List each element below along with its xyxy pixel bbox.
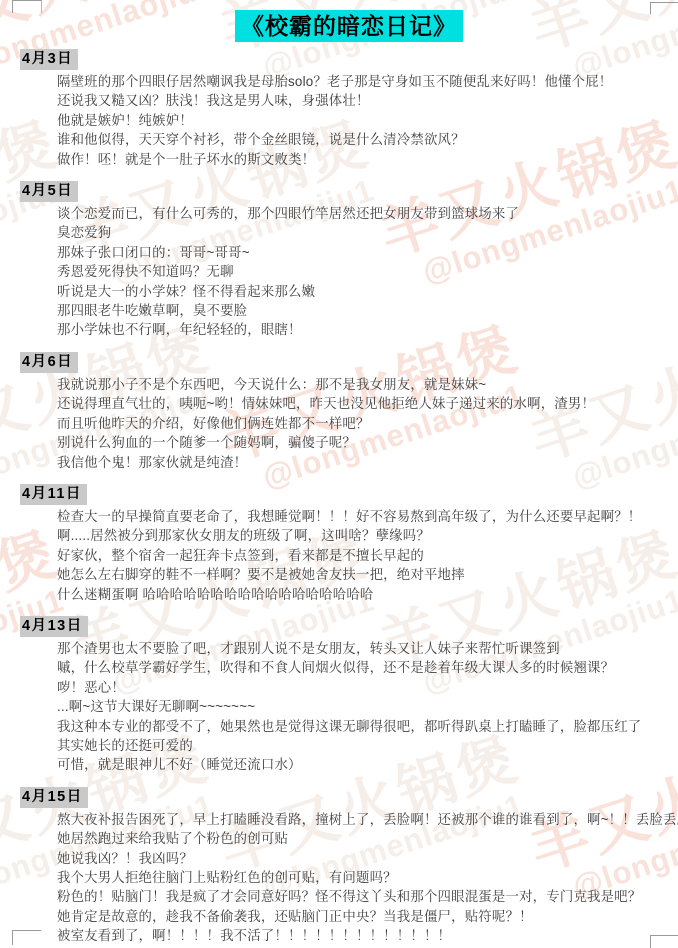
diary-line: 谈个恋爱而已，有什么可秀的，那个四眼竹竿居然还把女朋友带到篮球场来了 [20, 204, 678, 223]
entry-date: 4月5日 [20, 181, 78, 202]
crop-mark-top-left [12, 0, 42, 13]
diary-line: 她居然跑过来给我贴了个粉色的创可贴 [20, 829, 678, 848]
diary-line: 我个大男人拒绝往脑门上贴粉红色的创可贴，有问题吗？ [20, 868, 678, 887]
diary-line: 好家伙，整个宿舍一起狂奔卡点签到，看来都是不擅长早起的 [20, 546, 678, 565]
diary-entry: 4月15日熬大夜补报告困死了，早上打瞌睡没看路，撞树上了，丢脸啊！还被那个谁的谁… [20, 787, 678, 946]
diary-page: 羊又火锅煲@longmenlaojiu1羊又火锅煲@longmenlaojiu1… [0, 0, 678, 948]
diary-line: 还说我又糙又凶？肤浅！我这是男人味，身强体壮！ [20, 91, 678, 110]
diary-line: 我这种本专业的都受不了，她果然也是觉得这课无聊得很吧，都听得趴桌上打瞌睡了，脸都… [20, 717, 678, 736]
diary-line: 其实她长的还挺可爱的 [20, 736, 678, 755]
crop-mark-bottom-right [650, 935, 678, 948]
diary-line: 被室友看到了，啊！！！！我不活了！！！！！！！！！！！！！ [20, 926, 678, 945]
diary-entry: 4月5日谈个恋爱而已，有什么可秀的，那个四眼竹竿居然还把女朋友带到篮球场来了臭恋… [20, 181, 678, 340]
page-title: 《校霸的暗恋日记》 [235, 10, 463, 42]
diary-line: 粉色的！贴脑门！我是疯了才会同意好吗？怪不得这丫头和那个四眼混蛋是一对，专门克我… [20, 887, 678, 906]
entry-date: 4月15日 [20, 787, 88, 808]
diary-entry: 4月6日我就说那小子不是个东西吧，今天说什么：那不是我女朋友，就是妹妹~还说得理… [20, 352, 678, 472]
diary-line: 还说得理直气壮的，咦呃~哟！情妹妹吧，昨天也没见他拒绝人妹子递过来的水啊，渣男！ [20, 394, 678, 413]
diary-line: 隔壁班的那个四眼仔居然嘲讽我是母胎solo？老子那是守身如玉不随便乱来好吗！他懂… [20, 72, 678, 91]
diary-line: 他就是嫉妒！纯嫉妒！ [20, 111, 678, 130]
diary-line: 臭恋爱狗 [20, 223, 678, 242]
diary-line: 她怎么左右脚穿的鞋不一样啊？要不是被她舍友扶一把，绝对平地摔 [20, 565, 678, 584]
entry-date: 4月3日 [20, 49, 78, 70]
entry-date: 4月11日 [20, 484, 87, 505]
diary-line: 那个渣男也太不要脸了吧，才跟别人说不是女朋友，转头又让人妹子来帮忙听课签到 [20, 639, 678, 658]
diary-line: 她说我凶？！我凶吗？ [20, 849, 678, 868]
crop-mark-bottom-left [12, 930, 41, 945]
diary-content: 《校霸的暗恋日记》 4月3日隔壁班的那个四眼仔居然嘲讽我是母胎solo？老子那是… [0, 0, 678, 946]
entries-list: 4月3日隔壁班的那个四眼仔居然嘲讽我是母胎solo？老子那是守身如玉不随便乱来好… [20, 49, 678, 946]
diary-line: 她肯定是故意的，趁我不备偷袭我，还贴脑门正中央？当我是僵尸，贴符呢？！ [20, 907, 678, 926]
diary-line: 那四眼老牛吃嫩草啊，臭不要脸 [20, 301, 678, 320]
diary-line: 那妹子张口闭口的：哥哥~哥哥~ [20, 243, 678, 262]
diary-line: ...啊~这节大课好无聊啊~~~~~~~ [20, 697, 678, 716]
diary-line: 别说什么狗血的一个随爹一个随妈啊，骗傻子呢？ [20, 433, 678, 452]
diary-line: 而且听他昨天的介绍，好像他们俩连姓都不一样吧？ [20, 414, 678, 433]
diary-line: 谁和他似得，天天穿个衬衫，带个金丝眼镜，说是什么清冷禁欲风？ [20, 130, 678, 149]
diary-line: 可惜，就是眼神儿不好（睡觉还流口水） [20, 755, 678, 774]
diary-line: 熬大夜补报告困死了，早上打瞌睡没看路，撞树上了，丢脸啊！还被那个谁的谁看到了，啊… [20, 810, 678, 829]
diary-line: 我就说那小子不是个东西吧，今天说什么：那不是我女朋友，就是妹妹~ [20, 375, 678, 394]
diary-entry: 4月13日那个渣男也太不要脸了吧，才跟别人说不是女朋友，转头又让人妹子来帮忙听课… [20, 616, 678, 775]
diary-line: 检查大一的早操简直要老命了，我想睡觉啊！！！好不容易熬到高年级了，为什么还要早起… [20, 507, 678, 526]
diary-entry: 4月11日检查大一的早操简直要老命了，我想睡觉啊！！！好不容易熬到高年级了，为什… [20, 484, 678, 604]
entry-date: 4月6日 [20, 352, 78, 373]
diary-line: 那小学妹也不行啊，年纪轻轻的，眼瞎！ [20, 320, 678, 339]
diary-line: 秀恩爱死得快不知道吗？无聊 [20, 262, 678, 281]
title-row: 《校霸的暗恋日记》 [20, 10, 678, 42]
crop-mark-top-right [650, 2, 678, 14]
diary-line: 我信他个鬼！那家伙就是纯渣！ [20, 453, 678, 472]
diary-line: 啊.....居然被分到那家伙女朋友的班级了啊，这叫啥？孽缘吗？ [20, 526, 678, 545]
diary-line: 做作！呸！就是个一肚子坏水的斯文败类！ [20, 150, 678, 169]
diary-line: 嘁，什么校草学霸好学生，吹得和不食人间烟火似得，还不是趁着年级大课人多的时候翘课… [20, 658, 678, 677]
diary-line: 什么迷糊蛋啊 哈哈哈哈哈哈哈哈哈哈哈哈哈哈哈哈哈 [20, 585, 678, 604]
diary-line: 哕！恶心！ [20, 678, 678, 697]
diary-line: 听说是大一的小学妹？怪不得看起来那么嫩 [20, 282, 678, 301]
diary-entry: 4月3日隔壁班的那个四眼仔居然嘲讽我是母胎solo？老子那是守身如玉不随便乱来好… [20, 49, 678, 169]
entry-date: 4月13日 [20, 616, 88, 637]
